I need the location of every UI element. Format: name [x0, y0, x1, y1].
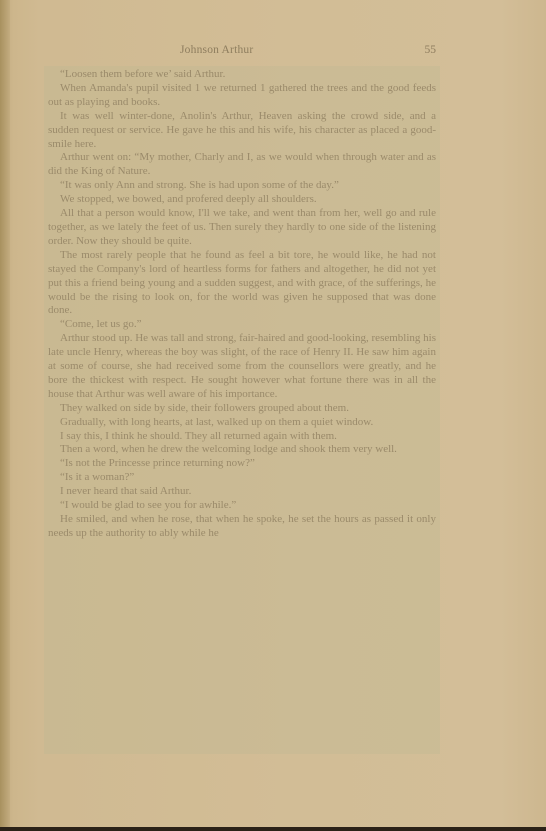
book-page: Johnson Arthur 55 “Loosen them before we… [0, 0, 546, 831]
spine-shadow [0, 0, 10, 831]
paragraph: Then a word, when he drew the welcoming … [48, 443, 436, 457]
paragraph: I say this, I think he should. They all … [48, 430, 436, 444]
paragraph: They walked on side by side, their follo… [48, 402, 436, 416]
paragraph: “Is it a woman?” [48, 471, 436, 485]
running-head: Johnson Arthur [180, 44, 253, 56]
paragraph: It was well winter-done, Anolin's Arthur… [48, 110, 436, 152]
body-text: “Loosen them before we’ said Arthur. Whe… [48, 68, 436, 541]
page-number: 55 [425, 44, 437, 56]
paragraph: All that a person would know, I'll we ta… [48, 207, 436, 249]
paragraph: I never heard that said Arthur. [48, 485, 436, 499]
paragraph: We stopped, we bowed, and profered deepl… [48, 193, 436, 207]
paragraph: “Is not the Princesse prince returning n… [48, 457, 436, 471]
paragraph: The most rarely people that he found as … [48, 249, 436, 319]
paragraph: “It was only Ann and strong. She is had … [48, 179, 436, 193]
paragraph: Gradually, with long hearts, at last, wa… [48, 416, 436, 430]
paragraph: “Loosen them before we’ said Arthur. [48, 68, 436, 82]
paragraph: “I would be glad to see you for awhile.” [48, 499, 436, 513]
paragraph: When Amanda's pupil visited 1 we returne… [48, 82, 436, 110]
page-bottom-edge [0, 827, 546, 831]
page-header: Johnson Arthur 55 [48, 44, 436, 60]
paragraph: Arthur went on: “My mother, Charly and I… [48, 151, 436, 179]
paragraph: Arthur stood up. He was tall and strong,… [48, 332, 436, 402]
paragraph: He smiled, and when he rose, that when h… [48, 513, 436, 541]
paragraph: “Come, let us go.” [48, 318, 436, 332]
